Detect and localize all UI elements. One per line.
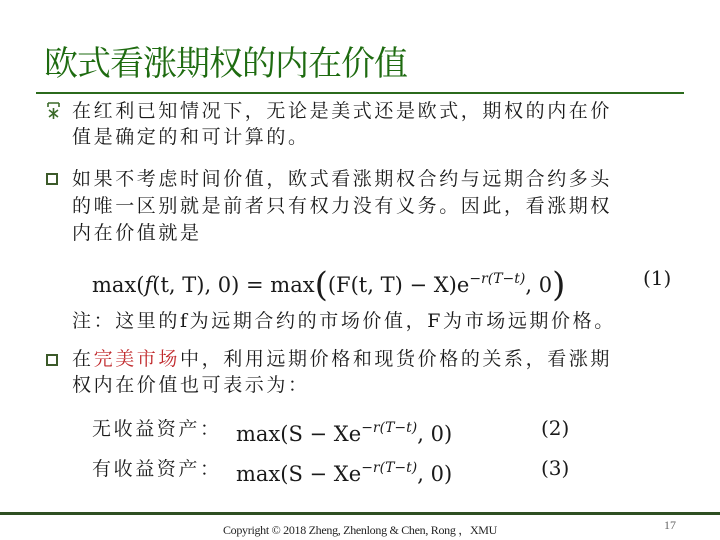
square-bullet-icon xyxy=(46,354,58,366)
slide-title: 欧式看涨期权的内在价值 xyxy=(44,40,407,88)
eq3-tail: , 0) xyxy=(417,462,452,486)
equation-3-label: 有收益资产： xyxy=(92,456,222,482)
bullet-1-line-2: 值是确定的和可计算的。 xyxy=(72,124,310,150)
equation-2-label: 无收益资产： xyxy=(92,416,222,442)
eq2-head: max(S − Xe xyxy=(236,422,361,446)
title-underline xyxy=(36,92,684,94)
eq3-exponent: −r(T−t) xyxy=(361,460,417,476)
note-text: 注：这里的f为远期合约的市场价值，F为市场远期价格。 xyxy=(72,308,616,334)
bullet-3-line-1: 在完美市场中，利用远期价格和现货价格的关系，看涨期 xyxy=(72,346,612,372)
page-number: 17 xyxy=(664,518,676,533)
bullet-2-line-2: 的唯一区别就是前者只有权力没有义务。因此，看涨期权 xyxy=(72,193,612,219)
eq1-exponent: −r(T−t) xyxy=(469,271,525,287)
equation-3-number: (3) xyxy=(541,456,569,480)
bullet-2-line-3: 内在价值就是 xyxy=(72,220,202,246)
eq1-lhs-args: (t, T), 0) = max xyxy=(152,273,314,297)
eq2-tail: , 0) xyxy=(417,422,452,446)
eq2-exponent: −r(T−t) xyxy=(361,420,417,436)
footer-rule xyxy=(0,512,720,515)
bullet-2-line-1: 如果不考虑时间价值，欧式看涨期权合约与远期合约多头 xyxy=(72,166,612,192)
highlight-perfect-market: 完美市场 xyxy=(94,348,180,370)
equation-3: max(S − Xe−r(T−t), 0) xyxy=(236,453,452,489)
eq1-rhs-inner: (F(t, T) − X)e xyxy=(328,273,469,297)
copyright-text: Copyright © 2018 Zheng, Zhenlong & Chen,… xyxy=(0,521,720,538)
eq1-right-paren: ) xyxy=(552,265,565,305)
eq1-rhs-tail: , 0 xyxy=(525,273,552,297)
bullet-3-line-2: 权内在价值也可表示为： xyxy=(72,372,310,398)
asterisk-bracket-icon xyxy=(47,101,61,121)
equation-1-number: (1) xyxy=(643,266,671,290)
equation-1: max(f(t, T), 0) = max((F(t, T) − X)e−r(T… xyxy=(92,264,565,300)
square-bullet-icon xyxy=(46,173,58,185)
bullet-3-suffix: 中，利用远期价格和现货价格的关系，看涨期 xyxy=(180,348,612,370)
eq3-head: max(S − Xe xyxy=(236,462,361,486)
eq1-left-paren: ( xyxy=(315,265,328,305)
eq1-lhs-max: max( xyxy=(92,273,144,297)
bullet-3-prefix: 在 xyxy=(72,348,94,370)
bullet-1-line-1: 在红利已知情况下，无论是美式还是欧式，期权的内在价 xyxy=(72,98,612,124)
equation-2: max(S − Xe−r(T−t), 0) xyxy=(236,413,452,449)
equation-2-number: (2) xyxy=(541,416,569,440)
